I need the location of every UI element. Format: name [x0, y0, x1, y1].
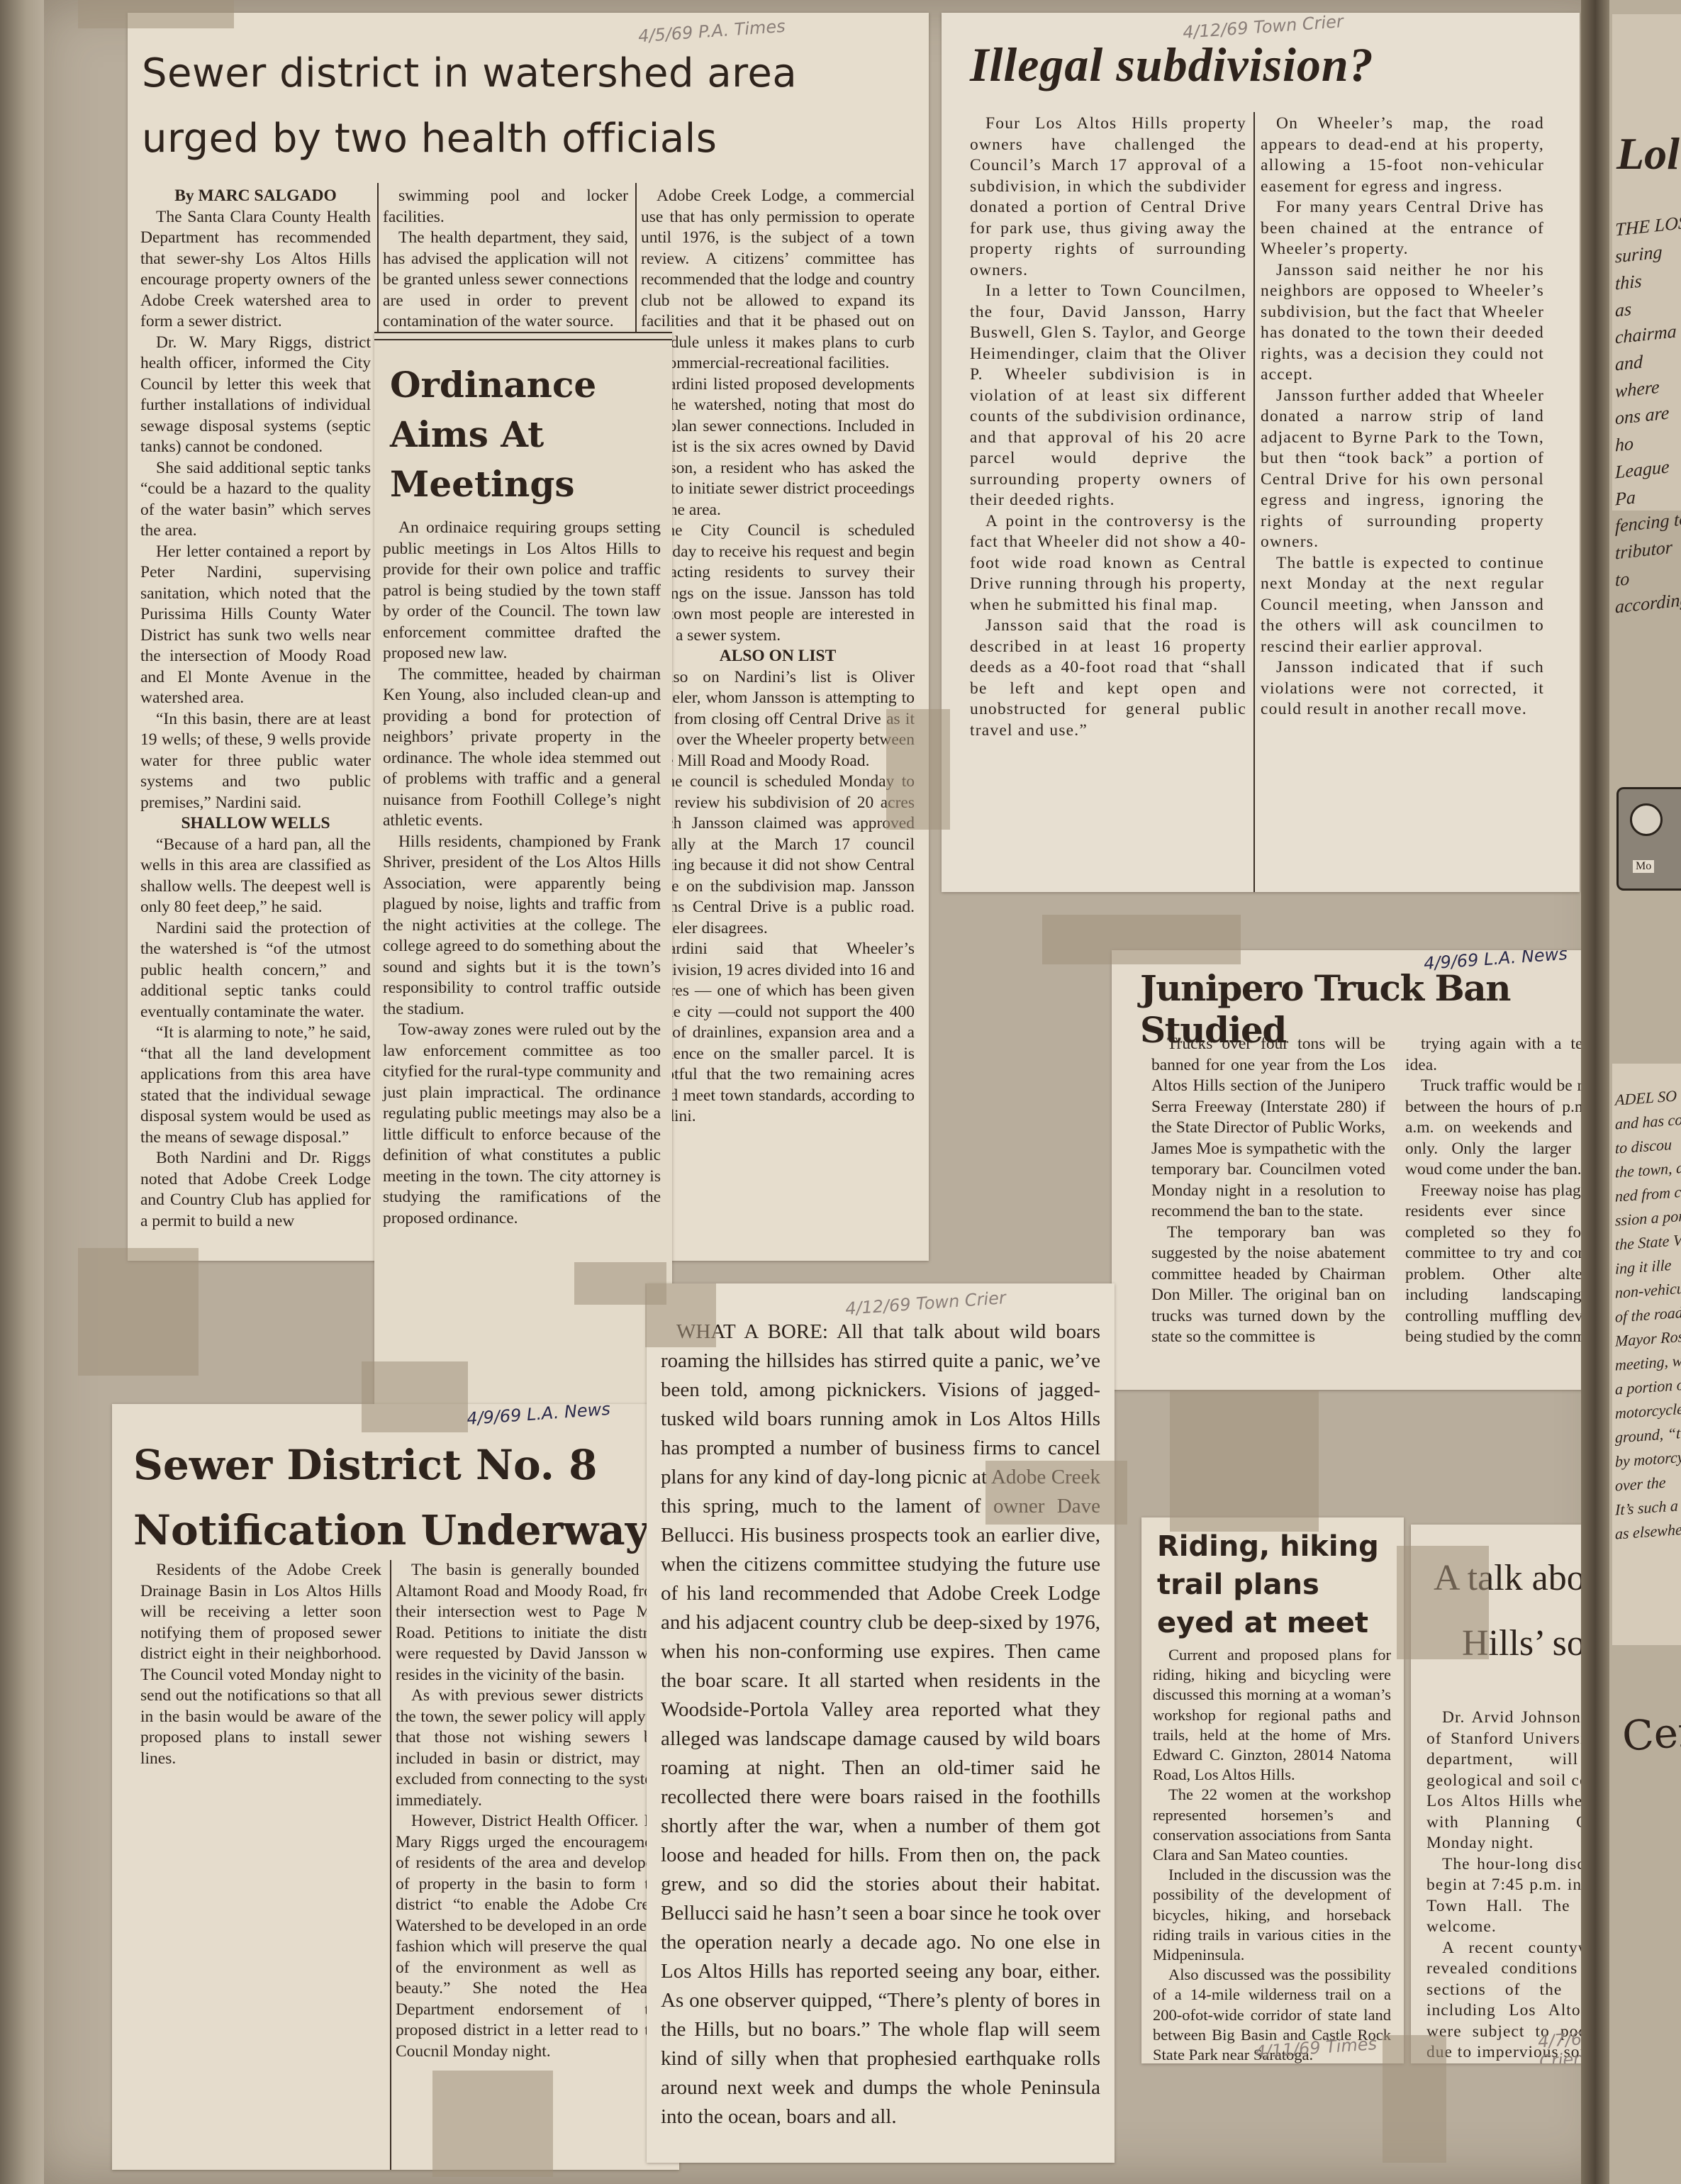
- clipping-sewer-no8: 4/9/69 L.A. News Sewer District No. 8 No…: [112, 1404, 679, 2170]
- headline: Sewer district in watershed area urged b…: [142, 41, 797, 172]
- paragraph: Trucks over four tons will be banned for…: [1151, 1034, 1385, 1222]
- paragraph: The temporary ban was suggested by the n…: [1151, 1222, 1385, 1348]
- column-1: Residents of the Adobe Creek Drainage Ba…: [140, 1560, 381, 1769]
- headline-fragment: Lol: [1616, 128, 1680, 180]
- subhead-also-on-list: ALSO ON LIST: [641, 646, 915, 667]
- paragraph: Jansson said neither he nor his neighbor…: [1261, 260, 1544, 386]
- byline: By MARC SALGADO: [140, 186, 371, 207]
- paragraph: Jansson said that the road is described …: [970, 615, 1246, 741]
- paragraph: Jansson indicated that if such violation…: [1261, 657, 1544, 720]
- paragraph: swimming pool and locker facilities.: [383, 186, 628, 228]
- handwritten-date-note: 4/9/69 L.A. News: [466, 1404, 610, 1429]
- paragraph: The committee, headed by chairman Ken Yo…: [383, 664, 661, 832]
- paragraph: Included in the discussion was the possi…: [1153, 1865, 1391, 1965]
- paragraph: Tow-away zones were ruled out by the law…: [383, 1020, 661, 1229]
- paragraph: Dr. W. Mary Riggs, district health offic…: [140, 333, 371, 458]
- headline: Ordinance Aims At Meetings: [390, 360, 596, 509]
- paragraph: Adobe Creek Lodge, a commercial use that…: [641, 186, 915, 374]
- text-fragment: THE LOSsuring thisas chairmaand whereons…: [1615, 209, 1681, 621]
- paragraph: Nardini said that Wheeler’s subdivision,…: [641, 939, 915, 1127]
- paragraph: In a letter to Town Councilmen, the four…: [970, 281, 1246, 511]
- text-line: League Pa: [1615, 452, 1681, 513]
- paragraph: The Santa Clara County Health Department…: [140, 207, 371, 333]
- column-body: WHAT A BORE: All that talk about wild bo…: [661, 1317, 1100, 2132]
- next-page-fragment: Lol THE LOSsuring thisas chairmaand wher…: [1609, 0, 1681, 2184]
- paragraph: Jansson further added that Wheeler donat…: [1261, 386, 1544, 553]
- paragraph: Her letter contained a report by Peter N…: [140, 542, 371, 709]
- paragraph: Also on Nardini’s list is Oliver Wheeler…: [641, 667, 915, 772]
- subhead-shallow-wells: SHALLOW WELLS: [140, 813, 371, 835]
- paragraph: Current and proposed plans for riding, h…: [1153, 1645, 1391, 1785]
- handwritten-date-note: 4/12/69 Town Crier: [844, 1288, 1006, 1319]
- paragraph: The 22 women at the workshop represented…: [1153, 1785, 1391, 1865]
- clipping-what-a-bore: 4/12/69 Town Crier WHAT A BORE: All that…: [647, 1283, 1115, 2163]
- column-2: swimming pool and locker facilities.The …: [383, 186, 628, 333]
- column-3: Adobe Creek Lodge, a commercial use that…: [641, 186, 915, 1127]
- illustration-fragment: Mo: [1616, 787, 1681, 891]
- paragraph: She said additional septic tanks “could …: [140, 458, 371, 542]
- paragraph: Four Los Altos Hills property owners hav…: [970, 113, 1246, 281]
- text-line: as chairma: [1615, 290, 1681, 352]
- text-line: ons are ho: [1615, 398, 1681, 459]
- paragraph: The council is scheduled Monday to also …: [641, 771, 915, 939]
- text-line: suring this: [1615, 236, 1681, 298]
- paragraph: Nardini said the protection of the water…: [140, 918, 371, 1023]
- paragraph: Residents of the Adobe Creek Drainage Ba…: [140, 1560, 381, 1769]
- column-2: On Wheeler’s map, the road appears to de…: [1261, 113, 1544, 720]
- scrapbook-page: 4/5/69 P.A. Times Sewer district in wate…: [35, 0, 1616, 2184]
- headline: Illegal subdivision?: [970, 37, 1374, 93]
- headline: Riding, hiking trail plans eyed at meet: [1157, 1527, 1379, 1642]
- paragraph: “It is alarming to note,” he said, “that…: [140, 1023, 371, 1148]
- headline: Sewer District No. 8 Notification Underw…: [133, 1432, 649, 1563]
- paragraph: “Because of a hard pan, all the wells in…: [140, 835, 371, 918]
- body: Current and proposed plans for riding, h…: [1153, 1645, 1391, 2063]
- body: An ordinaice requiring groups setting pu…: [383, 518, 661, 1229]
- column-1: Trucks over four tons will be banned for…: [1151, 1034, 1385, 1348]
- text-line: tributor to: [1615, 533, 1681, 594]
- paragraph: The basin is generally bounded by Altamo…: [396, 1560, 665, 1686]
- paragraph: As with previous sewer districts in the …: [396, 1686, 665, 1811]
- paragraph: The City Council is scheduled Monday to …: [641, 520, 915, 646]
- column-1: By MARC SALGADO The Santa Clara County H…: [140, 186, 371, 1232]
- paragraph: Hills residents, championed by Frank Shr…: [383, 832, 661, 1020]
- page-edge: [0, 0, 44, 2184]
- paragraph: A point in the controversy is the fact t…: [970, 511, 1246, 616]
- text-line: and where: [1615, 344, 1681, 406]
- paragraph: “In this basin, there are at least 19 we…: [140, 709, 371, 814]
- book-binding: [1581, 0, 1609, 2184]
- paragraph: Nardini listed proposed developments on …: [641, 374, 915, 521]
- clipping-illegal-subdivision: 4/12/69 Town Crier Illegal subdivision? …: [942, 13, 1580, 892]
- clipping-ordinance: Ordinance Aims At Meetings An ordinaice …: [374, 332, 672, 1410]
- paragraph: For many years Central Drive has been ch…: [1261, 197, 1544, 260]
- text-fragment-2: ADEL SOand has coto discouthe town, aned…: [1615, 1081, 1681, 1546]
- paragraph: The health department, they said, has ad…: [383, 228, 628, 333]
- paragraph: However, District Health Officer. Dr. Ma…: [396, 1811, 665, 2062]
- paragraph: The battle is expected to continue next …: [1261, 553, 1544, 658]
- column-1: Four Los Altos Hills property owners hav…: [970, 113, 1246, 741]
- clipping-riding-trails: Riding, hiking trail plans eyed at meet …: [1141, 1517, 1404, 2063]
- paragraph: On Wheeler’s map, the road appears to de…: [1261, 113, 1544, 197]
- paragraph: Both Nardini and Dr. Riggs noted that Ad…: [140, 1148, 371, 1232]
- paragraph: An ordinaice requiring groups setting pu…: [383, 518, 661, 664]
- clipping-junipero: 4/9/69 L.A. News Junipero Truck Ban Stud…: [1112, 950, 1651, 1390]
- headline-fragment-2: Cent: [1621, 1705, 1681, 1761]
- column-2: The basin is generally bounded by Altamo…: [396, 1560, 665, 2062]
